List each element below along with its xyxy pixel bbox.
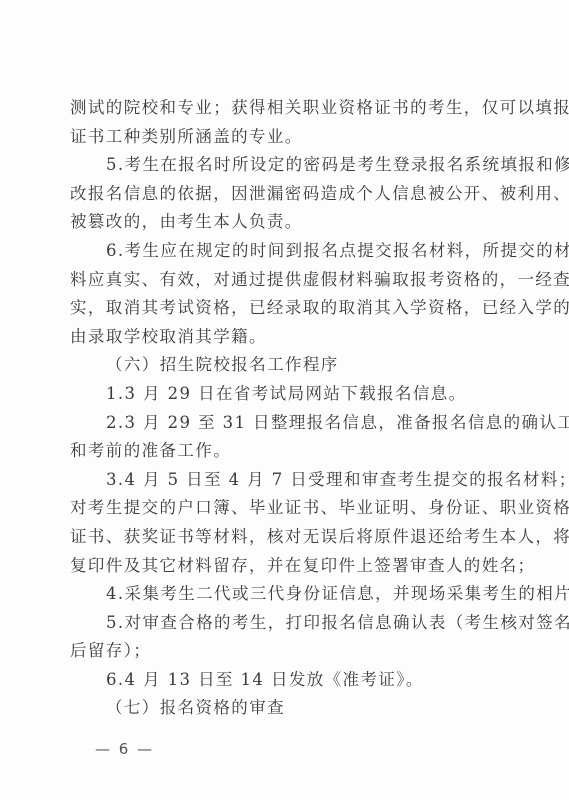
- text-line: 后留存）；: [70, 637, 510, 666]
- text-line: 1.3 月 29 日在省考试局网站下载报名信息。: [70, 380, 510, 409]
- text-line: 5.考生在报名时所设定的密码是考生登录报名系统填报和修: [70, 151, 510, 180]
- section-heading: （七）报名资格的审查: [70, 694, 510, 723]
- text-line: 实，取消其考试资格，已经录取的取消其入学资格，已经入学的: [70, 294, 510, 323]
- text-line: 证书工种类别所涵盖的专业。: [70, 123, 510, 152]
- text-line: 改报名信息的依据，因泄漏密码造成个人信息被公开、被利用、: [70, 180, 510, 209]
- document-page: 测试的院校和专业；获得相关职业资格证书的考生，仅可以填报 证书工种类别所涵盖的专…: [0, 0, 569, 800]
- text-line: 对考生提交的户口簿、毕业证书、毕业证明、身份证、职业资格: [70, 494, 510, 523]
- text-line: 证书、获奖证书等材料，核对无误后将原件退还给考生本人，将: [70, 523, 510, 552]
- text-line: 6.4 月 13 日至 14 日发放《准考证》。: [70, 666, 510, 695]
- text-line: 和考前的准备工作。: [70, 437, 510, 466]
- text-line: 由录取学校取消其学籍。: [70, 323, 510, 352]
- text-line: 料应真实、有效，对通过提供虚假材料骗取报考资格的，一经查: [70, 266, 510, 295]
- text-line: 复印件及其它材料留存，并在复印件上签署审查人的姓名；: [70, 552, 510, 581]
- text-line: 测试的院校和专业；获得相关职业资格证书的考生，仅可以填报: [70, 94, 510, 123]
- text-line: 5.对审查合格的考生，打印报名信息确认表（考生核对签名: [70, 609, 510, 638]
- text-line: 6.考生应在规定的时间到报名点提交报名材料，所提交的材: [70, 237, 510, 266]
- body-text: 测试的院校和专业；获得相关职业资格证书的考生，仅可以填报 证书工种类别所涵盖的专…: [70, 94, 510, 723]
- text-line: 3.4 月 5 日至 4 月 7 日受理和审查考生提交的报名材料；核: [70, 466, 510, 495]
- text-line: 4.采集考生二代或三代身份证信息，并现场采集考生的相片；: [70, 580, 510, 609]
- section-heading: （六）招生院校报名工作程序: [70, 351, 510, 380]
- page-number: — 6 —: [95, 740, 154, 758]
- text-line: 被篡改的，由考生本人负责。: [70, 208, 510, 237]
- text-line: 2.3 月 29 至 31 日整理报名信息，准备报名信息的确认工作: [70, 409, 510, 438]
